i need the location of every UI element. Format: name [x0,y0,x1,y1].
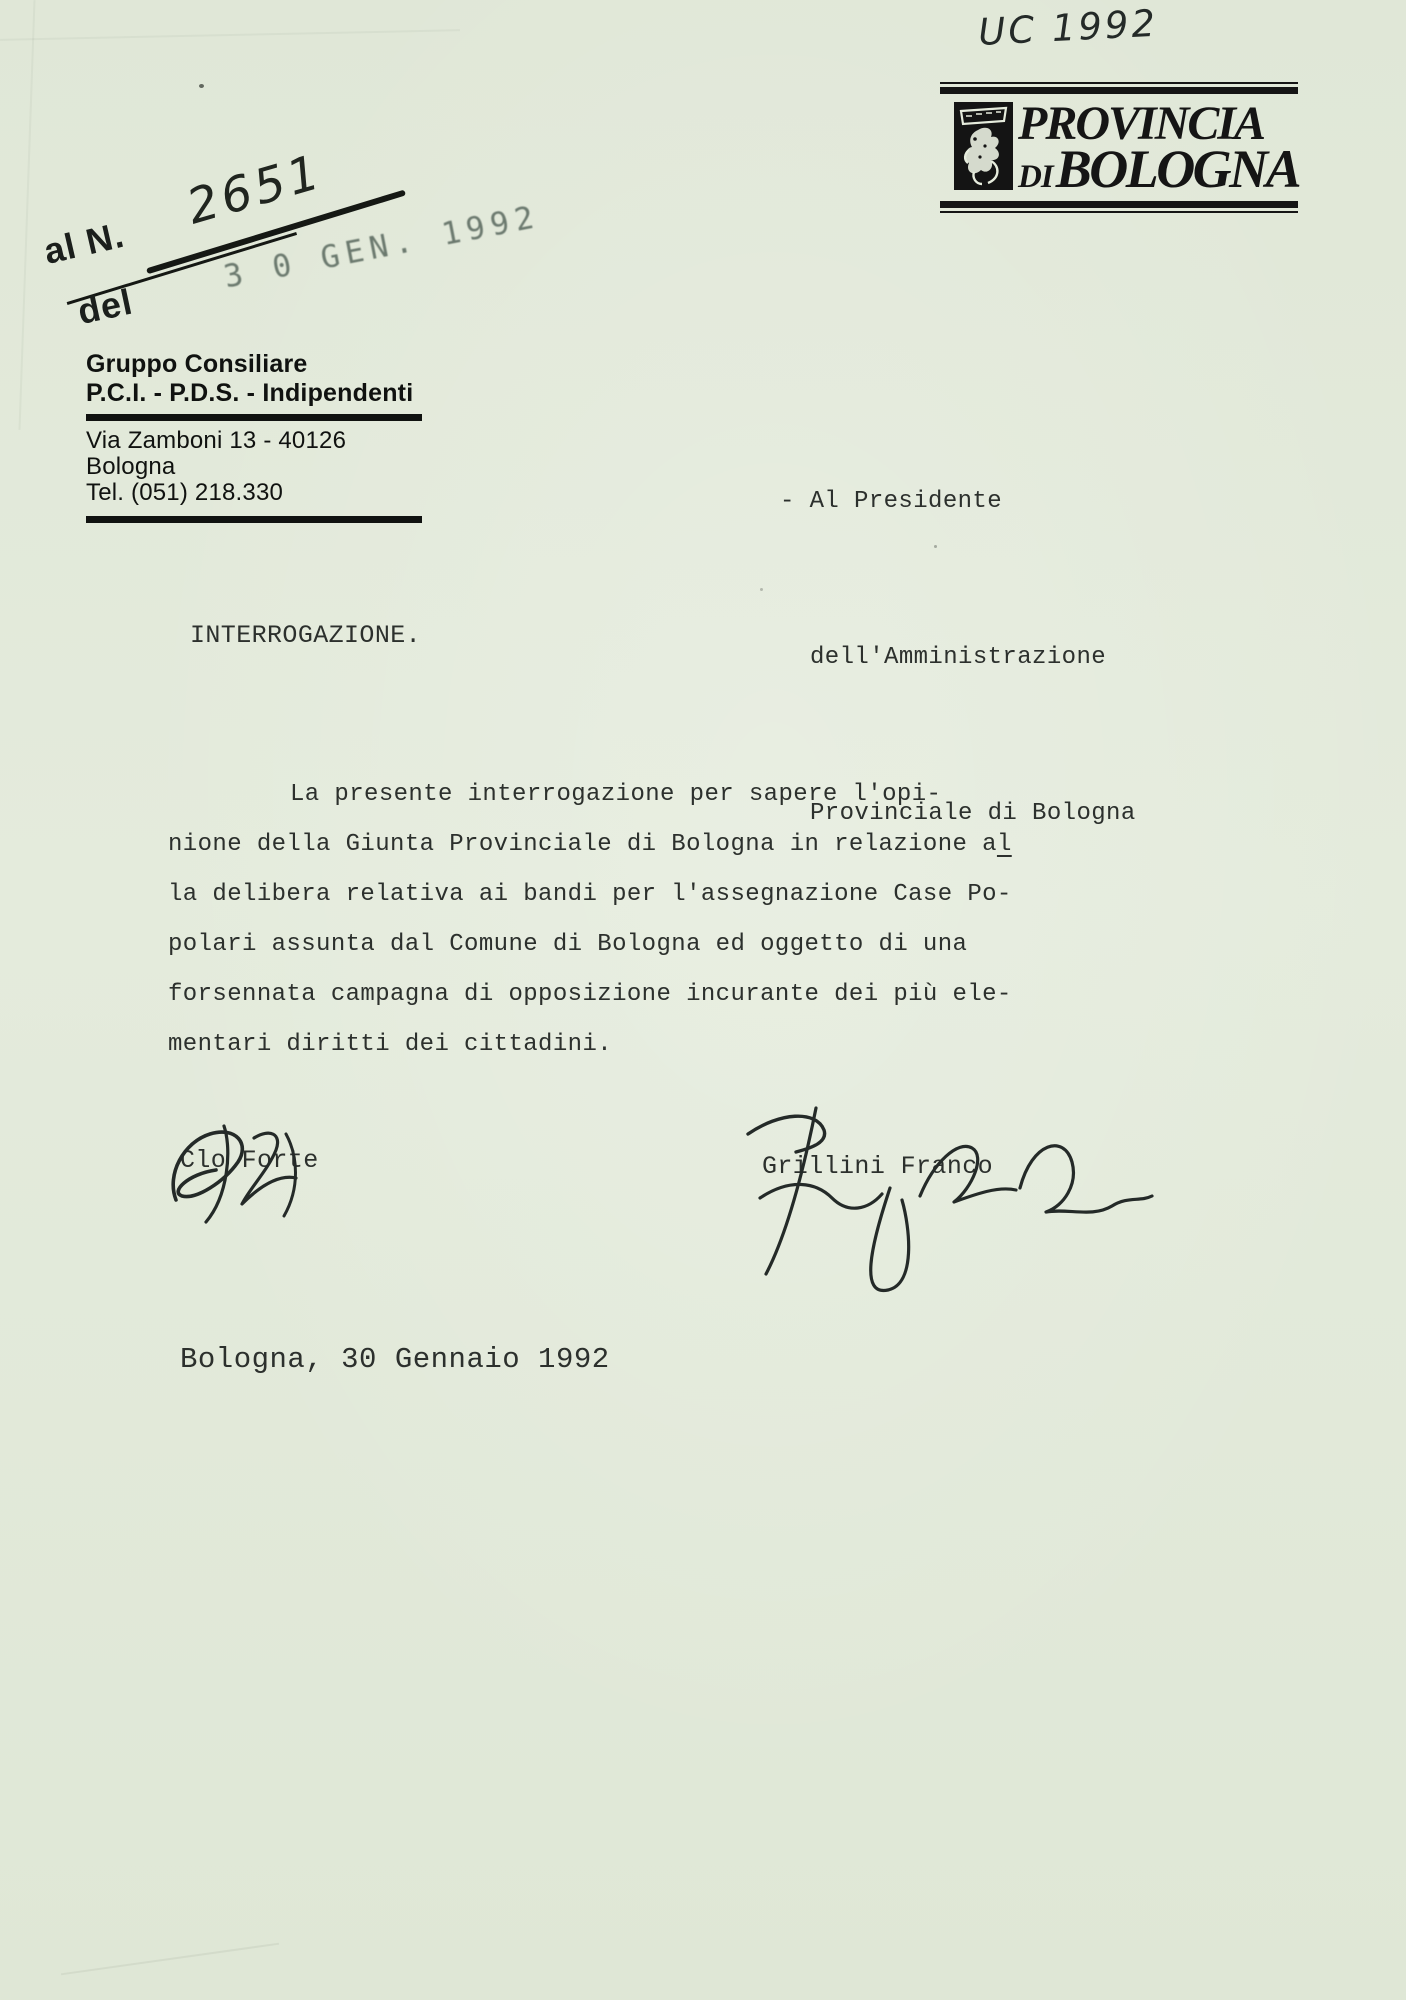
letterhead-group-parties: P.C.I. - P.D.S. - Indipendenti [86,379,426,408]
letterhead: Gruppo Consiliare P.C.I. - P.D.S. - Indi… [86,350,426,530]
logo-word-bologna: DIBOLOGNA [1018,142,1298,196]
letter-body: La presente interrogazione per sapere l'… [168,770,1068,1070]
logo-rule-bottom-thick [940,201,1298,208]
provincia-di-bologna-logo: PROVINCIA DIBOLOGNA [940,82,1298,214]
logo-rule-top-thin [940,82,1298,84]
letterhead-rule [86,414,422,421]
paper-crease [61,1943,279,1976]
body-line: nione della Giunta Provinciale di Bologn… [168,820,1068,870]
body-line: mentari diritti dei cittadini. [168,1020,1068,1070]
protocol-stamp-date-row: del 3 0 GEN. 1992 [74,281,137,334]
coat-of-arms-icon [954,102,1013,190]
body-line: la delibera relativa ai bandi per l'asse… [168,870,1068,920]
ink-speck [199,84,204,88]
typed-name-grillini: Grillini Franco [762,1152,993,1181]
logo-word-di: DI [1018,159,1053,195]
body-line: forsennata campagna di opposizione incur… [168,970,1068,1020]
body-line: La presente interrogazione per sapere l'… [168,770,1068,820]
signature-scribble-grillini [720,1078,1160,1328]
letterhead-group-name: Gruppo Consiliare [86,350,426,379]
handwritten-archive-note: UC 1992 [977,0,1399,54]
paper-crease [0,29,460,41]
stamp-label-del: del [74,281,136,333]
body-line: polari assunta dal Comune di Bologna ed … [168,920,1068,970]
date-line: Bologna, 30 Gennaio 1992 [180,1340,610,1380]
letterhead-rule [86,516,422,523]
recipient-line: - Al Presidente [780,476,1136,528]
recipient-line: dell'Amministrazione [780,632,1136,684]
logo-rule-bottom-thin [940,211,1298,213]
paper-crease [18,0,35,430]
subject-line: INTERROGAZIONE. [190,618,421,654]
letterhead-phone: Tel. (051) 218.330 [86,480,426,506]
scanned-letter-page: UC 1992 PROVINCIA DIBOLOGNA al N. 2651 d… [0,0,1406,2000]
ink-speck [760,588,763,591]
letterhead-address: Via Zamboni 13 - 40126 Bologna [86,428,426,480]
stamp-label-n: al N. [40,214,128,272]
protocol-stamp-number-row: al N. 2651 [40,214,128,273]
logo-rule-top-thick [940,87,1298,94]
typed-name-forte: Clo Forte [180,1146,319,1175]
